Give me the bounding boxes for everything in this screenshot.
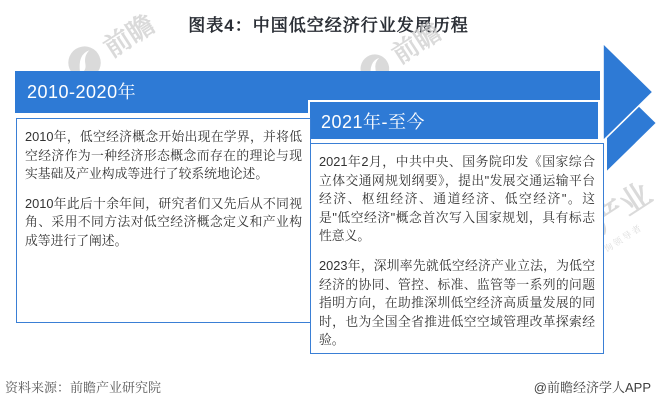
app-credit-note: @前瞻经济学人APP <box>534 377 651 396</box>
data-source-note: 资料来源：前瞻产业研究院 <box>5 377 161 396</box>
period-paragraph: 2023年，深圳率先就低空经济产业立法，为低空经济的协同、管控、标准、监管等一系… <box>319 257 595 350</box>
period-paragraph: 2010年，低空经济概念开始出现在学界，并将低空经济作为一种经济形态概念而存在的… <box>25 128 302 184</box>
timeline-period-label-2021-now: 2021年-至今 <box>309 101 599 140</box>
period-description-box-2010-2020: 2010年，低空经济概念开始出现在学界，并将低空经济作为一种经济形态概念而存在的… <box>16 118 311 323</box>
period-paragraph: 2021年2月，中共中央、国务院印发《国家综合立体交通网规划纲要》，提出"发展交… <box>319 153 595 246</box>
period-description-box-2021-now: 2021年2月，中共中央、国务院印发《国家综合立体交通网规划纲要》，提出"发展交… <box>310 143 604 354</box>
period-paragraph: 2010年此后十余年间，研究者们又先后从不同视角、采用不同方法对低空经济概念定义… <box>25 195 302 251</box>
